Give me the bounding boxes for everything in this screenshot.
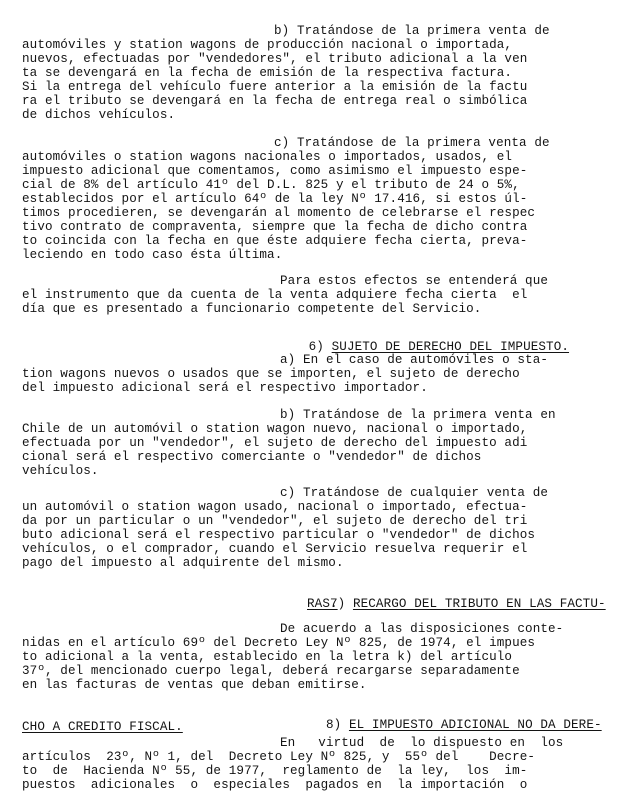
text-line: artículos 23º, Nº 1, del Decreto Ley Nº … [22,750,535,764]
text-line: el instrumento que da cuenta de la venta… [22,288,527,302]
text-line: impuesto adicional que comentamos, como … [22,164,527,178]
text-line: Si la entrega del vehículo fuere anterio… [22,80,527,94]
text-line: nuevos, efectuadas por "vendedores", el … [22,52,527,66]
text-line: del impuesto adicional será el respectiv… [22,381,428,395]
text-line: to de Hacienda Nº 55, de 1977, reglament… [22,764,527,778]
text-line: pago del impuesto al adquirente del mism… [22,556,344,570]
section-title-continued: CHO A CREDITO FISCAL. [22,720,183,734]
section-title: SUJETO DE DERECHO DEL IMPUESTO. [332,340,569,354]
text-line: 37º, del mencionado cuerpo legal, deberá… [22,664,520,678]
text-line: en las facturas de ventas que deban emit… [22,678,367,692]
text-line: automóviles y station wagons de producci… [22,38,512,52]
text-line: buto adicional será el respectivo partic… [22,528,535,542]
text-line: ta se devengará en la fecha de emisión d… [22,66,512,80]
section-number: 8) [326,718,341,732]
section-title-continued: RAS. [307,597,338,611]
text-line: c) Tratándose de la primera venta de [274,136,550,150]
text-line: tivo contrato de compraventa, siempre qu… [22,220,527,234]
text-line: establecidos por el artículo 64º de la l… [22,192,527,206]
text-line: ra el tributo se devengará en la fecha d… [22,94,527,108]
section-title: EL IMPUESTO ADICIONAL NO DA DERE- [349,718,602,732]
text-line: de dichos vehículos. [22,108,175,122]
text-line: un automóvil o station wagon usado, naci… [22,500,527,514]
text-line: c) Tratándose de cualquier venta de [280,486,548,500]
text-line: cional será el respectivo comerciante o … [22,450,481,464]
text-line: a) En el caso de automóviles o sta- [280,353,548,367]
text-line: vehículos. [22,464,99,478]
text-line: En virtud de lo dispuesto en los [280,736,563,750]
section-title: RECARGO DEL TRIBUTO EN LAS FACTU- [353,597,606,611]
text-line: b) Tratándose de la primera venta en [280,408,556,422]
text-line: automóviles o station wagons nacionales … [22,150,512,164]
text-line: to adicional a la venta, establecido en … [22,650,512,664]
text-line: puestos adicionales o especiales pagados… [22,778,527,792]
text-line: timos procedieren, se devengarán al mome… [22,206,535,220]
text-line: to coincida con la fecha en que éste adq… [22,234,527,248]
text-line: día que es presentado a funcionario comp… [22,302,481,316]
section-number: 6) [309,340,324,354]
text-line: nidas en el artículo 69º del Decreto Ley… [22,636,535,650]
text-line: efectuada por un "vendedor", el sujeto d… [22,436,527,450]
text-line: da por un particular o un "vendedor", el… [22,514,527,528]
text-line: b) Tratándose de la primera venta de [274,24,550,38]
text-line: tion wagons nuevos o usados que se impor… [22,367,520,381]
text-line: leciendo en todo caso ésta última. [22,248,282,262]
text-line: De acuerdo a las disposiciones conte- [280,622,563,636]
document-page: b) Tratándose de la primera venta de aut… [0,0,630,801]
text-line: cial de 8% del artículo 41º del D.L. 825… [22,178,520,192]
text-line: Chile de un automóvil o station wagon nu… [22,422,527,436]
text-line: Para estos efectos se entenderá que [280,274,548,288]
text-line: vehículos, o el comprador, cuando el Ser… [22,542,527,556]
